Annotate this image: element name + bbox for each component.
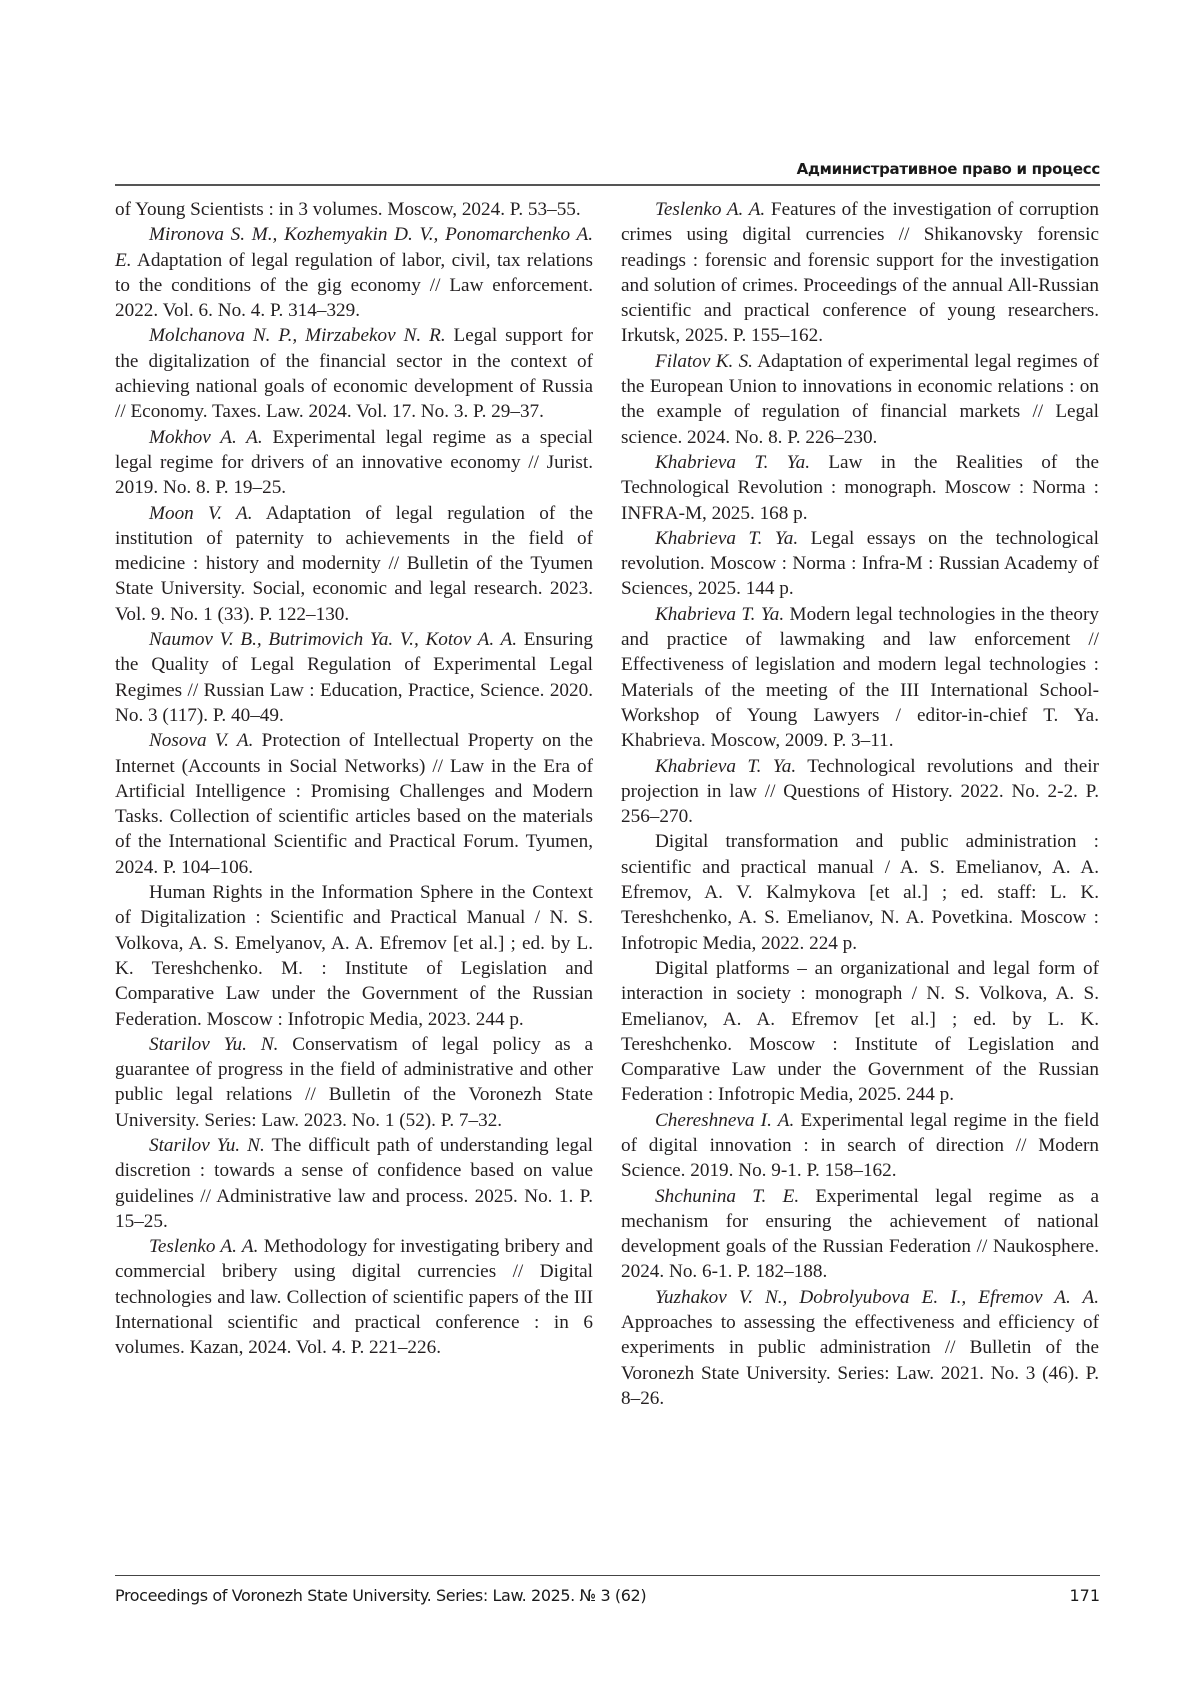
references-right-column: Teslenko A. A. Features of the investiga… xyxy=(621,197,1099,1411)
reference-authors: Nosova V. A. xyxy=(149,730,253,751)
reference-item: Teslenko A. A. Features of the investiga… xyxy=(621,197,1099,349)
reference-authors: Moon V. A. xyxy=(149,503,253,524)
reference-text: Protection of Intellectual Property on t… xyxy=(115,730,593,877)
reference-item: Mironova S. M., Kozhemyakin D. V., Ponom… xyxy=(115,222,593,323)
reference-item: Yuzhakov V. N., Dobrolyubova E. I., Efre… xyxy=(621,1285,1099,1411)
reference-item: Teslenko A. A. Methodology for investiga… xyxy=(115,1234,593,1360)
reference-item: Filatov K. S. Adaptation of experimental… xyxy=(621,349,1099,450)
header-rule xyxy=(115,184,1100,186)
references-left-column: of Young Scientists : in 3 volumes. Mosc… xyxy=(115,197,593,1361)
reference-item: Human Rights in the Information Sphere i… xyxy=(115,880,593,1032)
reference-authors: Yuzhakov V. N., Dobrolyubova E. I., Efre… xyxy=(655,1287,1099,1308)
reference-authors: Khabrieva T. Ya. xyxy=(655,756,796,777)
reference-authors: Starilov Yu. N. xyxy=(149,1135,265,1156)
reference-item: Chereshneva I. A. Experimental legal reg… xyxy=(621,1108,1099,1184)
reference-authors: Filatov K. S. xyxy=(655,351,753,372)
reference-authors: Teslenko A. A. xyxy=(655,199,765,220)
reference-item: Khabrieva T. Ya. Modern legal technologi… xyxy=(621,602,1099,754)
reference-text: Features of the investigation of corrupt… xyxy=(621,199,1099,346)
reference-item: Molchanova N. P., Mirzabekov N. R. Legal… xyxy=(115,323,593,424)
reference-item: Khabrieva T. Ya. Law in the Realities of… xyxy=(621,450,1099,526)
reference-text: Human Rights in the Information Sphere i… xyxy=(115,882,593,1029)
reference-item: Naumov V. B., Butrimovich Ya. V., Kotov … xyxy=(115,627,593,728)
reference-text: Digital transformation and public admini… xyxy=(621,831,1099,953)
reference-authors: Naumov V. B., Butrimovich Ya. V., Kotov … xyxy=(149,629,517,650)
reference-item: Starilov Yu. N. Conservatism of legal po… xyxy=(115,1032,593,1133)
reference-text: Modern legal technologies in the theory … xyxy=(621,604,1099,751)
reference-item: Khabrieva T. Ya. Technological revolutio… xyxy=(621,754,1099,830)
reference-authors: Khabrieva T. Ya. xyxy=(655,528,798,549)
reference-item: Starilov Yu. N. The difficult path of un… xyxy=(115,1133,593,1234)
running-head-section-title: Административное право и процесс xyxy=(115,160,1100,178)
reference-authors: Khabrieva T. Ya. xyxy=(655,452,810,473)
footer-rule xyxy=(115,1575,1100,1576)
reference-text: Digital platforms – an organizational an… xyxy=(621,958,1099,1105)
page-number: 171 xyxy=(1069,1586,1100,1605)
reference-authors: Teslenko A. A. xyxy=(149,1236,258,1257)
reference-text: Approaches to assessing the effectivenes… xyxy=(621,1312,1099,1409)
reference-item: Digital transformation and public admini… xyxy=(621,829,1099,955)
footer-journal-citation: Proceedings of Voronezh State University… xyxy=(115,1586,646,1605)
reference-authors: Shchunina T. E. xyxy=(655,1186,799,1207)
reference-item: Nosova V. A. Protection of Intellectual … xyxy=(115,728,593,880)
reference-authors: Molchanova N. P., Mirzabekov N. R. xyxy=(149,325,446,346)
reference-item: Khabrieva T. Ya. Legal essays on the tec… xyxy=(621,526,1099,602)
reference-item: Mokhov A. A. Experimental legal regime a… xyxy=(115,425,593,501)
reference-authors: Starilov Yu. N. xyxy=(149,1034,278,1055)
reference-authors: Chereshneva I. A. xyxy=(655,1110,794,1131)
reference-item: Moon V. A. Adaptation of legal regulatio… xyxy=(115,501,593,627)
reference-text: Adaptation of legal regulation of labor,… xyxy=(115,250,593,322)
reference-authors: Khabrieva T. Ya. xyxy=(655,604,784,625)
reference-item: of Young Scientists : in 3 volumes. Mosc… xyxy=(115,197,593,222)
reference-item: Digital platforms – an organizational an… xyxy=(621,956,1099,1108)
reference-item: Shchunina T. E. Experimental legal regim… xyxy=(621,1184,1099,1285)
reference-authors: Mokhov A. A. xyxy=(149,427,263,448)
